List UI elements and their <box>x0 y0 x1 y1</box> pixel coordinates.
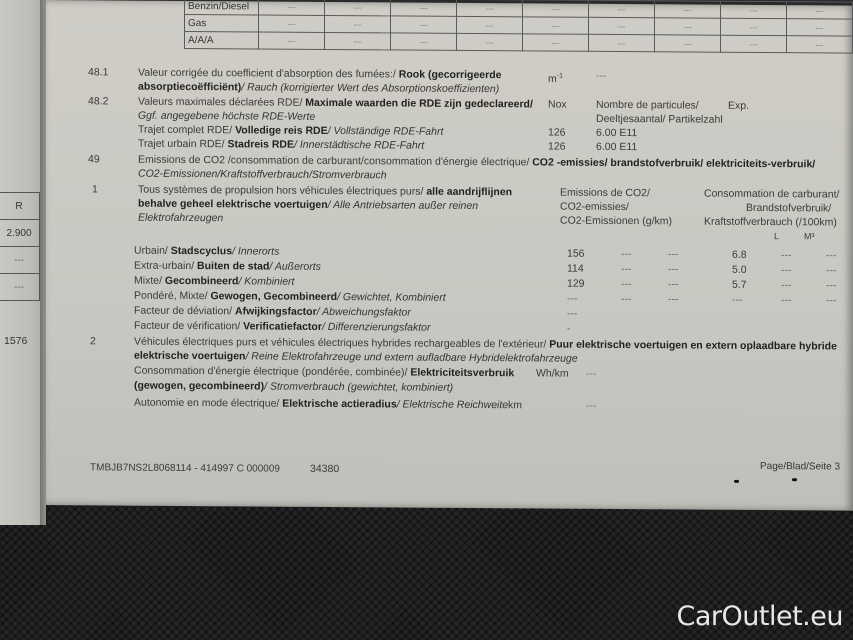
unit-l: L <box>774 230 779 243</box>
particles-value: 6.00 E11 <box>596 127 637 140</box>
value-c2: --- <box>621 278 632 291</box>
section-1-line1: Tous systèmes de propulsion hors véhicul… <box>138 184 512 200</box>
cell: --- <box>654 18 720 35</box>
cell: --- <box>523 17 589 34</box>
consumption-row: Pondéré, Mixte/ Gewogen, Gecombineerd/ G… <box>134 290 446 305</box>
text-fr: Valeurs maximales déclarées RDE/ <box>138 96 305 109</box>
cell: --- <box>588 17 654 34</box>
cell: --- <box>391 33 457 50</box>
unit: Wh/km <box>536 367 569 380</box>
cell: --- <box>588 34 654 51</box>
value-c3: --- <box>668 248 679 261</box>
section-1-line2: behalve geheel elektrische voertuigen/ A… <box>138 198 478 213</box>
cell: --- <box>457 16 523 33</box>
value-l: --- <box>732 294 743 307</box>
cell: --- <box>720 35 786 52</box>
value-co2: - <box>567 323 571 336</box>
text-nl: Volledige reis RDE <box>235 124 328 137</box>
section-48-1-line1: Valeur corrigée du coefficient d'absorpt… <box>138 67 501 83</box>
nox-value: 126 <box>548 127 566 140</box>
col-fuel: Brandstofverbruik/ <box>746 202 831 216</box>
cell: --- <box>720 1 786 18</box>
row-label: A/A/A <box>185 31 259 49</box>
col-particles: Nombre de particules/ <box>596 99 699 113</box>
unit-sup: -1 <box>557 73 563 80</box>
cell: --- <box>391 16 457 33</box>
rde-row: Trajet urbain RDE/ Stadreis RDE/ Innerst… <box>138 138 424 153</box>
text-nl: CO2 -emissies/ brandstofverbruik/ elektr… <box>532 156 815 170</box>
cell: --- <box>588 0 654 17</box>
text-nl: Maximale waarden die RDE zijn gedeclaree… <box>305 97 533 111</box>
side-cell: --- <box>0 247 40 274</box>
text-nl: Stadreis RDE <box>227 138 294 150</box>
value-c6: --- <box>826 279 837 292</box>
text-nl: Gewogen, Gecombineerd <box>210 290 337 303</box>
punch-hole <box>792 478 797 481</box>
row-label: Gas <box>185 14 259 32</box>
consumption-row: Urbain/ Stadscyclus/ Innerorts <box>134 245 279 259</box>
text-de: / Rauch (korrigierter Wert des Absorptio… <box>241 81 499 95</box>
cell: --- <box>259 0 325 15</box>
consumption-row: Mixte/ Gecombineerd/ Kombiniert <box>134 275 294 289</box>
value: --- <box>596 70 607 83</box>
value-c3: --- <box>668 278 679 291</box>
text-de: / Alle Antriebsarten außer reinen <box>328 199 478 212</box>
text-nl: alle aandrijflijnen <box>426 186 512 199</box>
cell: --- <box>325 0 391 16</box>
text-nl: Afwijkingsfactor <box>235 305 317 318</box>
text-nl: elektrische voertuigen <box>134 350 245 363</box>
text-de: / Innerstädtische RDE-Fahrt <box>294 139 424 152</box>
text-nl: Elektriciteitsverbruik <box>410 367 514 380</box>
value-c2: --- <box>621 248 632 261</box>
text-fr: Facteur de vérification/ <box>134 320 243 333</box>
unit-m3: M³ <box>804 230 815 243</box>
value-c6: --- <box>826 264 837 277</box>
value: --- <box>586 368 597 381</box>
text-de: / Reine Elektrofahrzeuge und extern aufl… <box>245 350 577 364</box>
document-id: TMBJB7NS2L8068114 - 414997 C 000009 <box>90 461 280 475</box>
text-de: / Stromverbrauch (gewichtet, kombiniert) <box>264 381 453 394</box>
electric-consumption: Consommation d'énergie électrique (pondé… <box>134 365 514 381</box>
electric-consumption-line2: (gewogen, gecombineerd)/ Stromverbrauch … <box>134 380 453 395</box>
consumption-row: Facteur de vérification/ Verificatiefact… <box>134 320 431 335</box>
value: --- <box>586 400 597 413</box>
col-co2: CO2-Emissionen (g/km) <box>560 215 672 229</box>
particles-value: 6.00 E11 <box>596 141 637 154</box>
rde-row: Trajet complet RDE/ Volledige reis RDE/ … <box>138 124 443 139</box>
section-number: 1 <box>92 183 98 196</box>
col-co2: Emissions de CO2/ <box>560 187 650 201</box>
side-value: 1576 <box>4 335 27 348</box>
value-m3: --- <box>781 249 792 262</box>
text-fr: Facteur de déviation/ <box>134 305 235 318</box>
section-2-line2: elektrische voertuigen/ Reine Elektrofah… <box>134 350 578 366</box>
document-code: 34380 <box>310 463 339 476</box>
text-de: / Abweichungsfaktor <box>317 306 411 319</box>
section-number: 2 <box>90 335 96 348</box>
text-nl: absorptiecoëfficiënt) <box>138 81 241 94</box>
col-fuel: Kraftstoffverbrauch (/100km) <box>704 216 837 230</box>
value-m3: --- <box>781 294 792 307</box>
text-de: / Gewichtet, Kombiniert <box>337 291 446 304</box>
value-co2: 156 <box>567 248 585 261</box>
value-l: 5.0 <box>732 264 747 277</box>
text-de: CO2-Emissionen/Kraftstoffverbrauch/Strom… <box>138 168 387 183</box>
value-m3: --- <box>781 264 792 277</box>
text-de: Elektrofahrzeugen <box>138 212 223 226</box>
cell: --- <box>325 15 391 32</box>
unit: km <box>508 399 522 412</box>
cell: --- <box>786 2 852 19</box>
text-fr: Autonomie en mode électrique/ <box>134 397 282 410</box>
text-de: / Vollständige RDE-Fahrt <box>328 125 444 138</box>
value-c2: --- <box>621 263 632 276</box>
text-de: / Kombiniert <box>238 275 294 287</box>
cell: --- <box>654 35 720 52</box>
punch-hole <box>734 480 739 483</box>
side-cell: 2.900 <box>0 220 40 247</box>
text-nl: Puur elektrische voertuigen en extern op… <box>549 339 837 353</box>
text-de: / Außerorts <box>269 261 321 273</box>
side-cell: --- <box>0 274 40 301</box>
text-fr: Emissions de CO2 /consommation de carbur… <box>138 154 532 169</box>
text-fr: Véhicules électriques purs et véhicules … <box>134 336 549 351</box>
text-fr: Pondéré, Mixte/ <box>134 290 210 303</box>
value-c6: --- <box>826 294 837 307</box>
value-m3: --- <box>781 279 792 292</box>
watermark-logo: CarOutlet.eu <box>677 601 843 632</box>
cell: --- <box>391 0 457 16</box>
section-48-1-line2: absorptiecoëfficiënt)/ Rauch (korrigiert… <box>138 81 499 97</box>
text-de: / Differenzierungsfaktor <box>322 321 431 334</box>
value-co2: 129 <box>567 278 585 291</box>
table-row: A/A/A --- --- --- --- --- --- --- --- --… <box>185 31 853 53</box>
section-48-2-line1: Valeurs maximales déclarées RDE/ Maximal… <box>138 96 533 112</box>
row-label: Benzin/Diesel <box>185 0 259 15</box>
value-c6: --- <box>826 249 837 262</box>
text-fr: Urbain/ <box>134 245 171 257</box>
value-co2: 114 <box>567 263 584 276</box>
fuel-table: Benzin/Diesel --- --- --- --- --- --- --… <box>184 0 853 54</box>
cell: --- <box>786 36 852 53</box>
section-number: 48.2 <box>88 95 108 108</box>
text-fr: Valeur corrigée du coefficient d'absorpt… <box>138 67 399 81</box>
text-fr: Mixte/ <box>134 275 165 287</box>
cell: --- <box>259 15 325 32</box>
text-nl: Gecombineerd <box>165 275 239 288</box>
cell: --- <box>523 34 589 51</box>
text-nl: Verificatiefactor <box>243 320 322 333</box>
unit-text: m <box>548 73 557 85</box>
text-fr: Trajet complet RDE/ <box>138 124 235 137</box>
text-fr: Consommation d'énergie électrique (pondé… <box>134 365 410 379</box>
text-nl: Rook (gecorrigeerde <box>399 68 502 81</box>
value-c3: --- <box>668 263 679 276</box>
value-l: 5.7 <box>732 279 747 292</box>
value-c2: --- <box>621 293 632 306</box>
cell: --- <box>325 32 391 49</box>
cell: --- <box>720 18 786 35</box>
text-de: / Innerorts <box>232 245 279 257</box>
text-fr: Trajet urbain RDE/ <box>138 138 227 151</box>
cell: --- <box>654 1 720 18</box>
side-table: R 2.900 --- --- <box>0 192 40 301</box>
text-de: / Elektrische Reichweite <box>397 398 508 411</box>
col-particles: Deeltjesaantal/ Partikelzahl <box>596 113 723 127</box>
value-c3: --- <box>668 293 679 306</box>
side-header: R <box>0 193 40 220</box>
unit: m-1 <box>548 70 563 87</box>
text-de: Ggf. angegebene höchste RDE-Werte <box>138 110 315 124</box>
page-number: Page/Blad/Seite 3 <box>760 460 840 474</box>
text-nl: behalve geheel elektrische voertuigen <box>138 198 328 211</box>
cell: --- <box>523 0 589 17</box>
value-l: 6.8 <box>732 249 747 262</box>
text-fr: Extra-urbain/ <box>134 260 197 272</box>
consumption-row: Extra-urbain/ Buiten de stad/ Außerorts <box>134 260 321 274</box>
text-nl: Stadscyclus <box>171 245 232 257</box>
section-number: 48.1 <box>88 66 108 79</box>
text-fr: Tous systèmes de propulsion hors véhicul… <box>138 184 426 198</box>
col-co2: CO2-emissies/ <box>560 201 629 214</box>
electric-range: Autonomie en mode électrique/ Elektrisch… <box>134 397 508 413</box>
col-exp: Exp. <box>728 100 749 113</box>
text-nl: Buiten de stad <box>197 260 269 273</box>
value-co2: --- <box>567 293 578 306</box>
col-fuel: Consommation de carburant/ <box>704 188 839 202</box>
cell: --- <box>457 33 523 50</box>
cell: --- <box>457 0 523 17</box>
text-nl: Elektrische actieradius <box>282 398 396 411</box>
cell: --- <box>259 32 325 49</box>
col-nox: Nox <box>548 99 567 112</box>
consumption-row: Facteur de déviation/ Afwijkingsfactor/ … <box>134 305 411 320</box>
section-number: 49 <box>88 153 100 166</box>
document-page: Benzin/Diesel --- --- --- --- --- --- --… <box>46 0 853 511</box>
cell: --- <box>786 19 852 36</box>
value-co2: --- <box>567 308 578 321</box>
nox-value: 126 <box>548 141 566 154</box>
text-nl: (gewogen, gecombineerd) <box>134 380 264 393</box>
